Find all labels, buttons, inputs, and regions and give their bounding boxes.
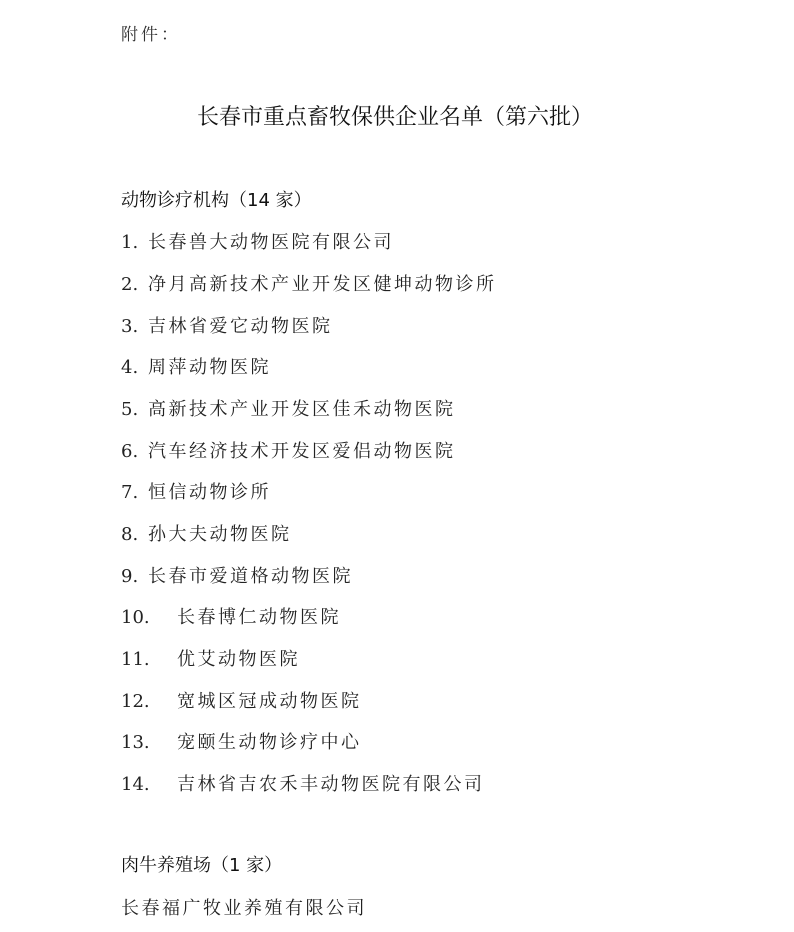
section-heading-animal-clinics: 动物诊疗机构（14 家） <box>121 186 312 212</box>
document-page: 附件： 长春市重点畜牧保供企业名单（第六批） 动物诊疗机构（14 家） 1.长春… <box>0 0 794 932</box>
list-item: 13.宠颐生动物诊疗中心 <box>121 728 362 754</box>
list-item: 5.高新技术产业开发区佳禾动物医院 <box>121 395 456 421</box>
list-item: 6.汽车经济技术开发区爱侣动物医院 <box>121 437 456 463</box>
list-item-name: 宠颐生动物诊疗中心 <box>177 732 362 753</box>
list-item: 长春福广牧业养殖有限公司 <box>121 894 367 920</box>
list-item: 4.周萍动物医院 <box>121 353 271 379</box>
list-item-number: 10. <box>121 607 177 628</box>
attachment-label: 附件： <box>121 20 181 45</box>
list-item: 11.优艾动物医院 <box>121 645 300 671</box>
list-item: 12.宽城区冠成动物医院 <box>121 687 362 713</box>
list-item-name: 长春兽大动物医院有限公司 <box>148 232 394 253</box>
list-item-name: 宽城区冠成动物医院 <box>177 691 362 712</box>
list-item: 9.长春市爱道格动物医院 <box>121 562 353 588</box>
list-item: 1.长春兽大动物医院有限公司 <box>121 228 394 254</box>
list-item-number: 12. <box>121 691 177 712</box>
list-item-number: 1. <box>121 232 148 253</box>
list-item-name: 长春市爱道格动物医院 <box>148 566 353 587</box>
list-item-name: 净月高新技术产业开发区健坤动物诊所 <box>148 274 497 295</box>
list-item-number: 4. <box>121 357 148 378</box>
list-item-name: 恒信动物诊所 <box>148 482 271 503</box>
list-item: 2.净月高新技术产业开发区健坤动物诊所 <box>121 270 497 296</box>
list-item-number: 11. <box>121 649 177 670</box>
list-item-name: 孙大夫动物医院 <box>148 524 292 545</box>
document-title-text: 长春市重点畜牧保供企业名单（第六批） <box>197 100 593 131</box>
list-item-number: 7. <box>121 482 148 503</box>
list-item-number: 14. <box>121 774 177 795</box>
list-item: 3.吉林省爱它动物医院 <box>121 312 333 338</box>
list-item: 7.恒信动物诊所 <box>121 478 271 504</box>
list-item-number: 9. <box>121 566 148 587</box>
list-item-number: 2. <box>121 274 148 295</box>
list-item-number: 13. <box>121 732 177 753</box>
list-item-number: 6. <box>121 441 148 462</box>
list-item-name: 高新技术产业开发区佳禾动物医院 <box>148 399 456 420</box>
list-item-name: 吉林省爱它动物医院 <box>148 316 333 337</box>
list-item-number: 5. <box>121 399 148 420</box>
document-title: 长春市重点畜牧保供企业名单（第六批） <box>0 100 794 131</box>
list-item: 8.孙大夫动物医院 <box>121 520 292 546</box>
list-item-number: 8. <box>121 524 148 545</box>
list-item-name: 周萍动物医院 <box>148 357 271 378</box>
list-item: 10.长春博仁动物医院 <box>121 603 341 629</box>
list-item-number: 3. <box>121 316 148 337</box>
section-heading-beef-cattle-farms: 肉牛养殖场（1 家） <box>121 851 282 877</box>
list-item-name: 优艾动物医院 <box>177 649 300 670</box>
list-item-name: 长春博仁动物医院 <box>177 607 341 628</box>
list-item-name: 汽车经济技术开发区爱侣动物医院 <box>148 441 456 462</box>
list-item: 14.吉林省吉农禾丰动物医院有限公司 <box>121 770 485 796</box>
list-item-name: 吉林省吉农禾丰动物医院有限公司 <box>177 774 485 795</box>
